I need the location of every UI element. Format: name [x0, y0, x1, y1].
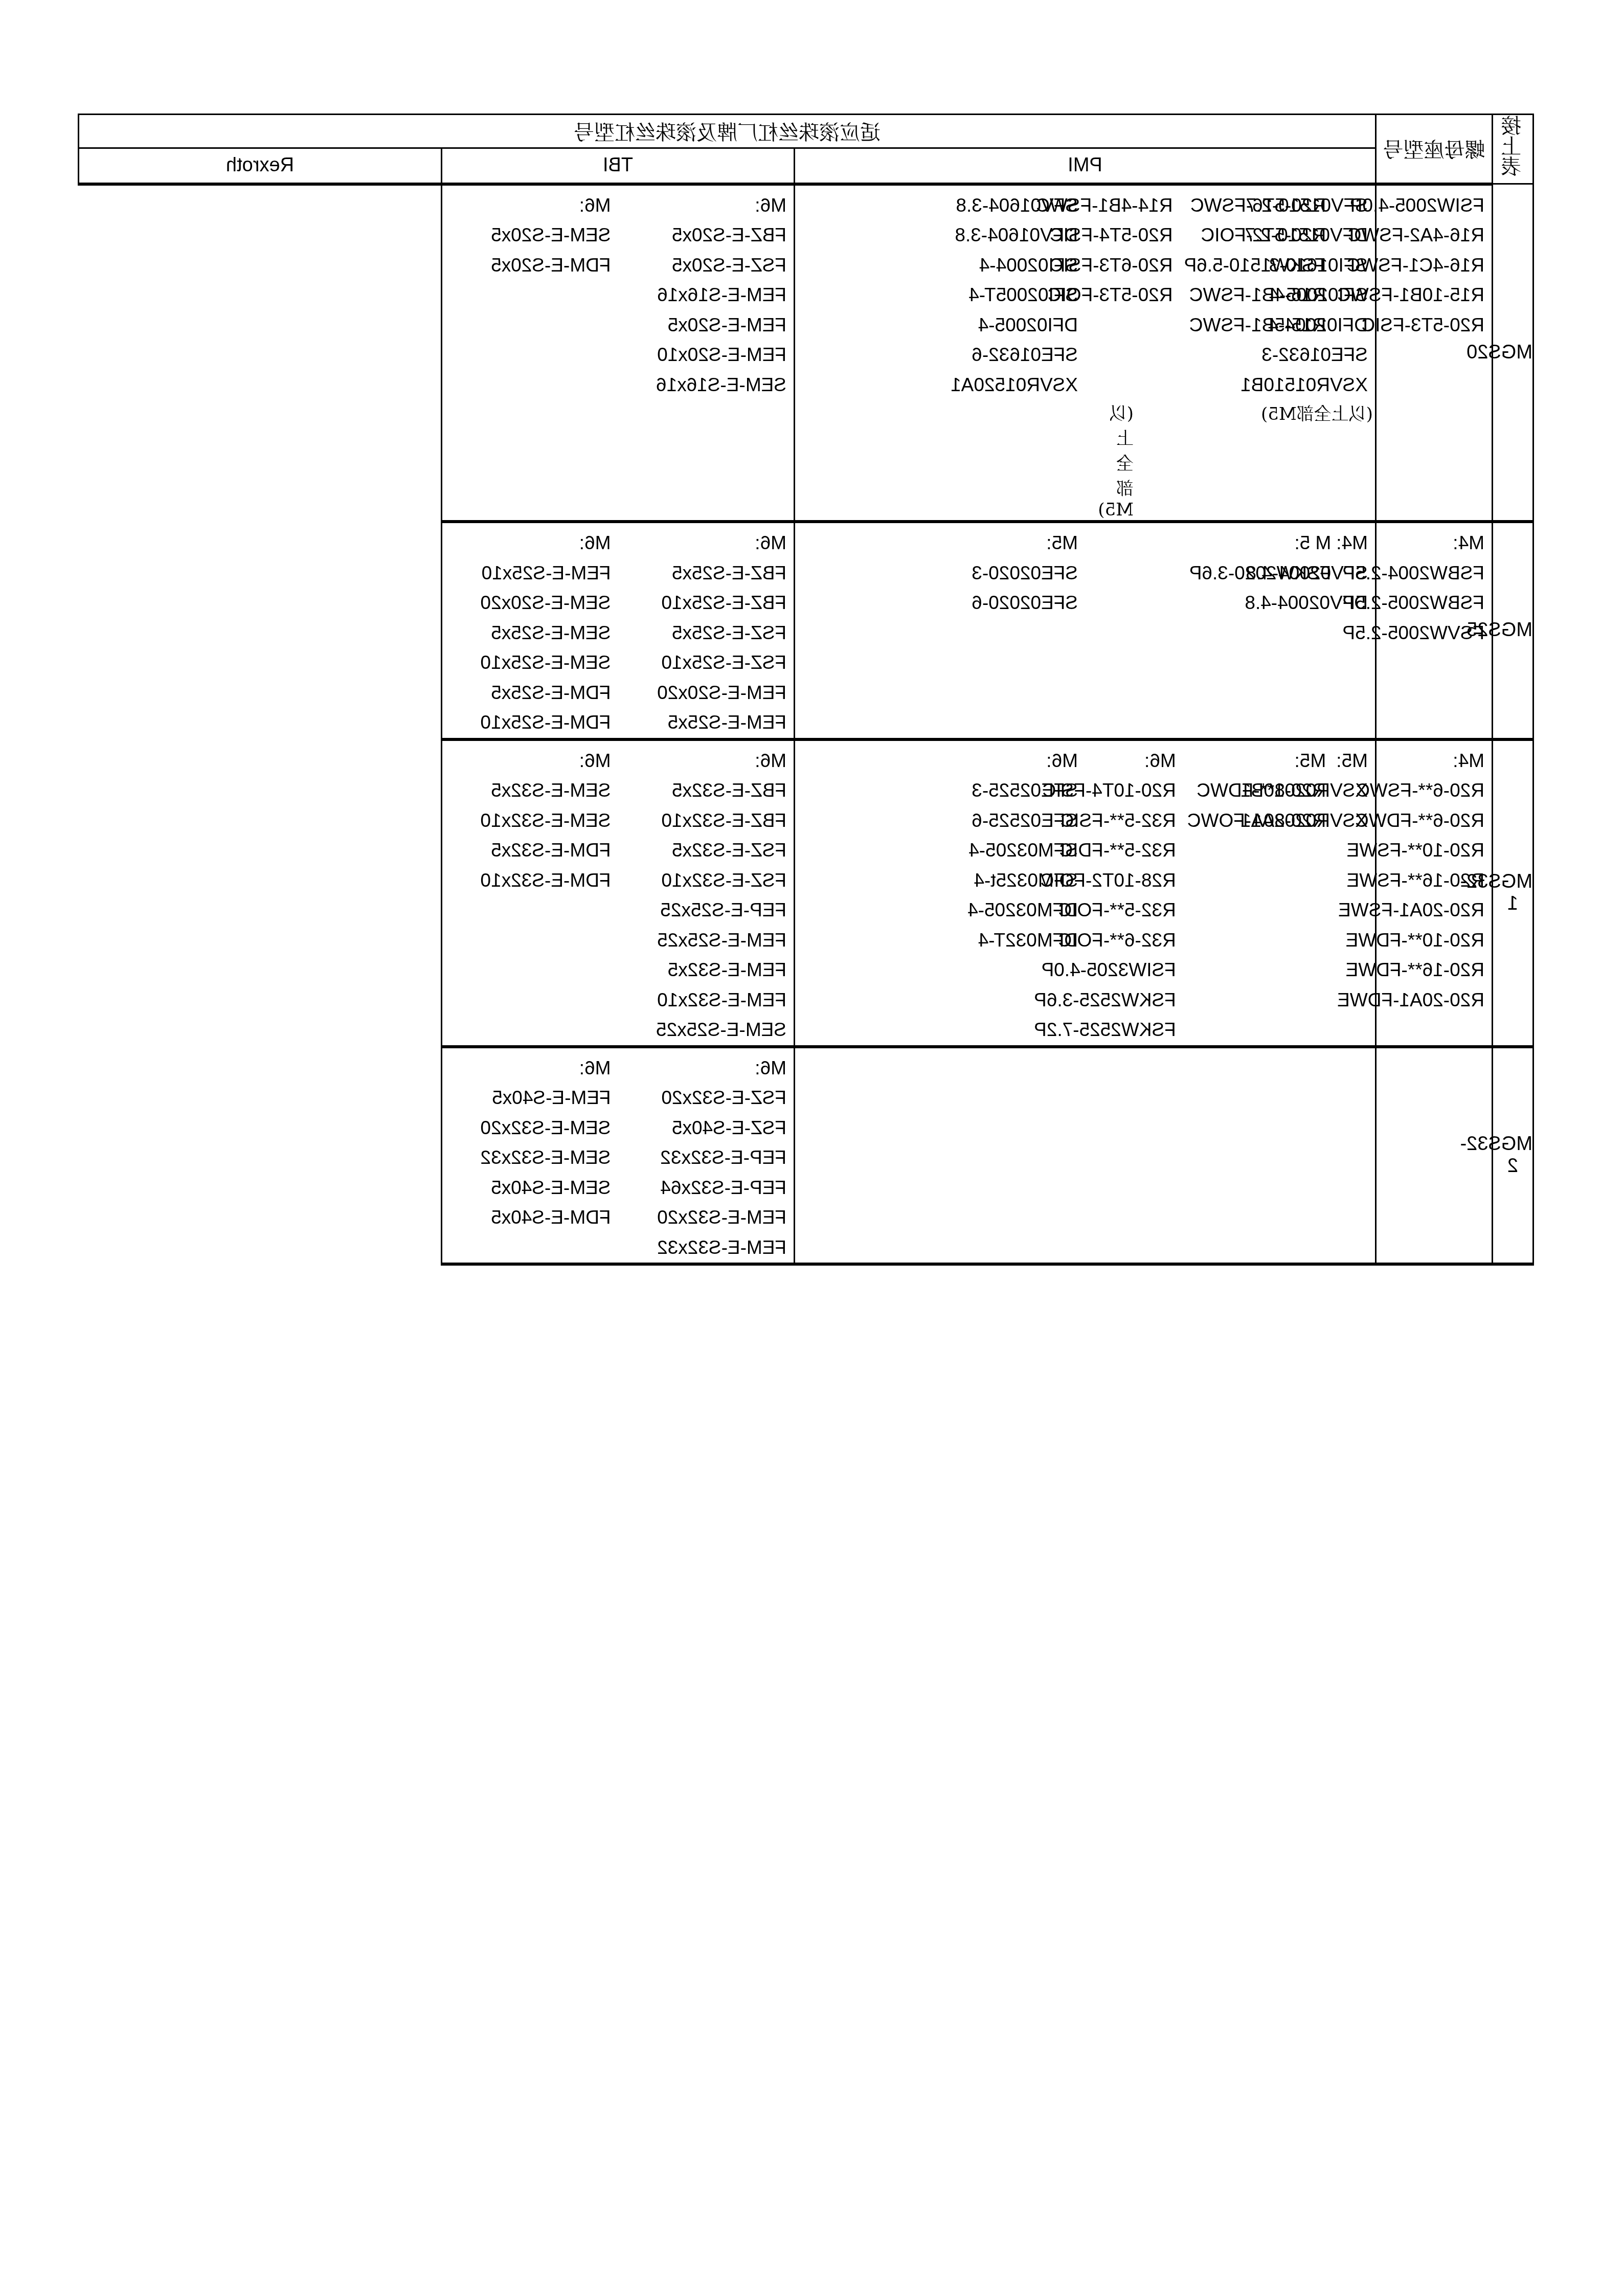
ballscrew-model: M6:	[446, 191, 611, 221]
tbi-models-cell: SFV01510-2.7DFV01510-2.7SFI01610-3SFI020…	[795, 184, 1376, 522]
ballscrew-model: FSVW2005-2.5P	[1342, 618, 1484, 648]
rexroth-model-column: M6:FBZ-E-S25x5FBZ-E-S25x10FSZ-E-S25x5FSZ…	[618, 523, 794, 738]
brand-header-rexroth: Rexroth	[79, 148, 442, 184]
ballscrew-model: SFE01632-6	[799, 340, 1078, 370]
ballscrew-model: SEM-E-S25x5	[446, 618, 611, 648]
pmi-model-column	[1453, 1048, 1492, 1053]
ballscrew-model: SFM03205-4	[799, 836, 1078, 866]
ballscrew-model: FSZ-E-S32x5	[622, 836, 787, 866]
tbi-model-column: M5:SFE02020-3SFE02020-6	[795, 523, 1085, 618]
ballscrew-model: XSVR01520A1	[799, 370, 1078, 400]
ballscrew-model: FSZ-E-S25x5	[622, 618, 787, 648]
pmi-model-column	[1415, 1048, 1453, 1053]
ballscrew-model: FEM-E-S20x20	[622, 678, 787, 708]
ballscrew-model: R20-20A1-FDWE	[1337, 985, 1484, 1016]
nut-seat-model: MGS32-2	[1493, 1047, 1533, 1265]
nut-seat-model-header: 螺母座型号	[1376, 115, 1493, 184]
ballscrew-model: FEM-E-S25x25	[622, 926, 787, 956]
document-page: 接上表 螺母座型号 适应滚珠丝杠厂牌及滚珠丝杠型号 PMI TBI Rexrot…	[0, 0, 1624, 2296]
table-row: MGS20FSIW2005-4.0PR16-4A2-FSWCR16-4C1-FS…	[79, 184, 1533, 522]
ballscrew-model: SEM-E-S32x32	[446, 1143, 611, 1173]
ballscrew-model: SFE02525-6	[799, 806, 1078, 836]
ballscrew-model: M6:	[446, 1053, 611, 1084]
ballscrew-model: FEM-E-S32x10	[622, 985, 787, 1016]
nut-seat-model: MGS32-1	[1493, 739, 1533, 1047]
rexroth-models-cell: M6:FSZ-E-S32x20FSZ-E-S40x5FEP-E-S32x32FE…	[442, 1047, 795, 1265]
ballscrew-model: M6:	[622, 1053, 787, 1084]
ballscrew-model: FSZ-E-S40x5	[622, 1113, 787, 1143]
ballscrew-model: SEM-E-S40x5	[446, 1173, 611, 1203]
rexroth-models-cell: M6:FBZ-E-S20x5FSZ-E-S20x5FEM-E-S16x16FEM…	[442, 184, 795, 522]
ballscrew-model: SEM-E-S20x5	[446, 220, 611, 251]
continued-from-previous-label: 接上表	[1493, 115, 1533, 184]
ballscrew-model: FDM-E-S32x5	[446, 836, 611, 866]
rexroth-model-column: M6:FEM-E-S25x10SEM-E-S20x20SEM-E-S25x5SE…	[442, 523, 618, 738]
tbi-model-column: M5:XSVR02010B1XSVR02020A1	[1085, 741, 1375, 956]
ballscrew-model: FDM-E-S25x10	[446, 708, 611, 738]
table-title: 适应滚珠丝杠厂牌及滚珠丝杠型号	[79, 115, 1376, 148]
ballscrew-model: FBZ-E-S20x5	[622, 220, 787, 251]
ballscrew-model: FBZ-E-S32x10	[622, 806, 787, 836]
rexroth-model-column: M6:FSZ-E-S32x20FSZ-E-S40x5FEP-E-S32x32FE…	[618, 1048, 794, 1263]
ballscrew-model: FEP-E-S32x32	[622, 1143, 787, 1173]
tbi-model-column: SFV01510-2.7DFV01510-2.7SFI01610-3SFI020…	[1085, 186, 1375, 400]
ballscrew-model: R20-16**-FDWE	[1337, 955, 1484, 985]
ballscrew-model: FEM-E-S25x5	[622, 708, 787, 738]
table-row: MGS32-1M4:R20-6**-FSWCR20-6**-FDWCR20-10…	[79, 739, 1533, 1047]
nut-seat-model: MGS20	[1493, 184, 1533, 522]
ballscrew-model: SFE02020-3	[799, 558, 1078, 589]
ballscrew-model: FSZ-E-S20x5	[622, 251, 787, 281]
ballscrew-model: FSZ-E-S25x10	[622, 648, 787, 678]
ballscrew-model: FEP-E-S32x64	[622, 1173, 787, 1203]
ballscrew-model: FSZ-E-S32x20	[622, 1083, 787, 1113]
ballscrew-model: FDM-E-S25x5	[446, 678, 611, 708]
ballscrew-model: XSVR02010B1	[1089, 776, 1368, 806]
ballscrew-model: SEM-E-S32x5	[446, 776, 611, 806]
ballscrew-model: DFM032T-4	[799, 926, 1078, 956]
ballscrew-model: FSKW2525-7.2P	[1034, 1015, 1176, 1045]
ballscrew-model: XSVR02020A1	[1089, 806, 1368, 836]
ballscrew-model: FEM-E-S16x16	[622, 280, 787, 310]
ballscrew-model: FEM-E-S32x32	[622, 1233, 787, 1263]
ballscrew-model: DFM03205-4	[799, 895, 1078, 926]
ballscrew-model: FBZ-E-S32x5	[622, 776, 787, 806]
rexroth-model-column: M6:FBZ-E-S20x5FSZ-E-S20x5FEM-E-S16x16FEM…	[618, 186, 794, 400]
ballscrew-model: SEM-E-S25x25	[622, 1015, 787, 1045]
ballscrew-model: SEM-E-S25x10	[446, 648, 611, 678]
ballscrew-model: SFI02005-4	[1089, 280, 1368, 310]
tbi-model-column: M6:SFE02525-3SFE02525-6SFM03205-4SFM0325…	[795, 741, 1085, 956]
all-m5-note: (以上全部M5)	[795, 400, 1375, 425]
ballscrew-model: SFM0325t-4	[799, 866, 1078, 896]
tbi-model-column: M4:SFV02004-4.8DFV02004-4.8	[1085, 523, 1375, 618]
ballscrew-model: M6:	[622, 746, 787, 776]
ballscrew-model: FSKW2525-3.6P	[1034, 985, 1176, 1016]
ballscrew-model: SEM-E-S32x10	[446, 806, 611, 836]
ballscrew-model: XSVR01510B1	[1089, 370, 1368, 400]
ballscrew-model: DFV01604-3.8	[799, 220, 1078, 251]
ballscrew-model: FEM-E-S40x5	[446, 1083, 611, 1113]
pmi-models-cell: M4:R20-6**-FSWCR20-6**-FDWCR20-10**-FSWE…	[1376, 739, 1493, 1047]
ballscrew-model: FBZ-E-S25x10	[622, 588, 787, 618]
rexroth-model-column: M6:SEM-E-S32x5SEM-E-S32x10FDM-E-S32x5FDM…	[442, 741, 618, 1045]
ballscrew-model: SFV02004-4.8	[1089, 558, 1368, 589]
ballscrew-model: DFI02004-4	[1089, 310, 1368, 341]
brand-header-pmi: PMI	[795, 148, 1376, 184]
ballscrew-model: FDM-E-S40x5	[446, 1203, 611, 1233]
ballscrew-model: SEM-E-S32x20	[446, 1113, 611, 1143]
ballscrew-model: M5:	[799, 528, 1078, 558]
ballscrew-model: M6:	[446, 528, 611, 558]
ballscrew-model: FEM-E-S32x20	[622, 1203, 787, 1233]
rexroth-model-column: M6:SEM-E-S20x5FDM-E-S20x5	[442, 186, 618, 400]
ballscrew-model: FEM-E-S20x5	[622, 310, 787, 341]
ballscrew-model: FEM-E-S20x10	[622, 340, 787, 370]
rexroth-model-column: M6:FBZ-E-S32x5FBZ-E-S32x10FSZ-E-S32x5FSZ…	[618, 741, 794, 1045]
ballscrew-model: FBZ-E-S25x5	[622, 558, 787, 589]
brand-header-tbi: TBI	[442, 148, 795, 184]
ballscrew-model: SFE02020-6	[799, 588, 1078, 618]
ballscrew-model: SFE02525-3	[799, 776, 1078, 806]
ballscrew-model: M5:	[1089, 746, 1368, 776]
pmi-models-cell	[1376, 1047, 1493, 1265]
rexroth-models-cell: M6:FBZ-E-S32x5FBZ-E-S32x10FSZ-E-S32x5FSZ…	[442, 739, 795, 1047]
ballscrew-model: FSZ-E-S32x10	[622, 866, 787, 896]
ballscrew-compatibility-table: 接上表 螺母座型号 适应滚珠丝杠厂牌及滚珠丝杠型号 PMI TBI Rexrot…	[78, 114, 1534, 1266]
rexroth-models-cell: M6:FBZ-E-S25x5FBZ-E-S25x10FSZ-E-S25x5FSZ…	[442, 522, 795, 739]
ballscrew-model: FDM-E-S20x5	[446, 251, 611, 281]
tbi-models-cell	[795, 1047, 1376, 1265]
ballscrew-model: M6:	[622, 528, 787, 558]
table-row: MGS25M4:FSBW2004-2.5PFSBW2005-2.5PFSVW20…	[79, 522, 1533, 739]
table-row: MGS32-2M6:FSZ-E-S32x20FSZ-E-S40x5FEP-E-S…	[79, 1047, 1533, 1265]
ballscrew-model: FSIW3205-4.0P	[1034, 955, 1176, 985]
ballscrew-model: M6:	[799, 746, 1078, 776]
ballscrew-model: SFI02004-4	[799, 251, 1078, 281]
ballscrew-model: SEM-E-S16x16	[622, 370, 787, 400]
ballscrew-model: DFV02004-4.8	[1089, 588, 1368, 618]
ballscrew-model: M6:	[622, 191, 787, 221]
ballscrew-model: SEM-E-S20x20	[446, 588, 611, 618]
ballscrew-model: FEM-E-S25x10	[446, 558, 611, 589]
ballscrew-model: DFI02005-4	[799, 310, 1078, 341]
ballscrew-model: M6:	[446, 746, 611, 776]
ballscrew-model: FEM-E-S32x5	[622, 955, 787, 985]
tbi-model-column	[1085, 1048, 1375, 1053]
ballscrew-model: M4:	[1089, 528, 1368, 558]
ballscrew-model: SFE01632-3	[1089, 340, 1368, 370]
ballscrew-model: DFV01510-2.7	[1089, 220, 1368, 251]
tbi-model-column	[795, 1048, 1085, 1053]
rexroth-model-column: M6:FEM-E-S40x5SEM-E-S32x20SEM-E-S32x32SE…	[442, 1048, 618, 1263]
ballscrew-model: SFI02005T-4	[799, 280, 1078, 310]
pmi-models-cell: M4:FSBW2004-2.5PFSBW2005-2.5PFSVW2005-2.…	[1376, 522, 1493, 739]
ballscrew-model: FDM-E-S32x10	[446, 866, 611, 896]
tbi-model-column: SFV01604-3.8DFV01604-3.8SFI02004-4SFI020…	[795, 186, 1085, 400]
nut-seat-model: MGS25	[1493, 522, 1533, 739]
ballscrew-model: SFV01604-3.8	[799, 191, 1078, 221]
pmi-model-column	[1377, 1048, 1415, 1053]
ballscrew-model: FEP-E-S25x25	[622, 895, 787, 926]
ballscrew-model: SFI01610-3	[1089, 251, 1368, 281]
ballscrew-model: SFV01510-2.7	[1089, 191, 1368, 221]
